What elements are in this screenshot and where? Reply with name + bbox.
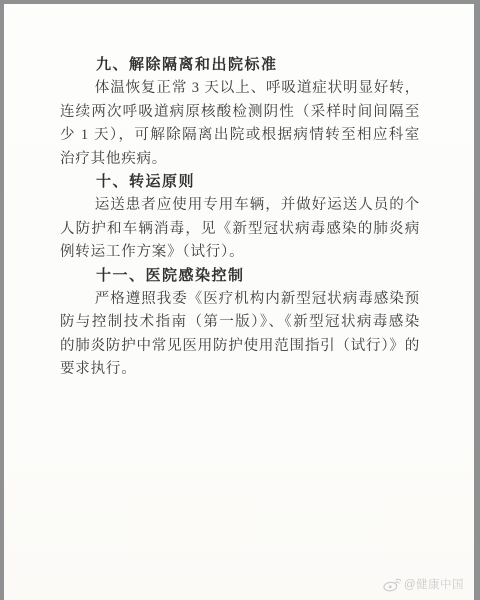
photo-backing-frame: 九、解除隔离和出院标准 体温恢复正常 3 天以上、呼吸道症状明显好转，连续两次呼…	[0, 0, 480, 600]
watermark-handle: @健康中国	[404, 576, 464, 592]
document-page: 九、解除隔离和出院标准 体温恢复正常 3 天以上、呼吸道症状明显好转，连续两次呼…	[4, 4, 474, 600]
document-content: 九、解除隔离和出院标准 体温恢复正常 3 天以上、呼吸道症状明显好转，连续两次呼…	[60, 54, 420, 382]
section-paragraph: 体温恢复正常 3 天以上、呼吸道症状明显好转，连续两次呼吸道病原核酸检测阴性（采…	[60, 77, 420, 171]
section-transfer-principles: 十、转运原则 运送患者应使用专用车辆，并做好运送人员的个人防护和车辆消毒，见《新…	[60, 171, 420, 265]
section-release-criteria: 九、解除隔离和出院标准 体温恢复正常 3 天以上、呼吸道症状明显好转，连续两次呼…	[60, 54, 420, 171]
weibo-icon	[383, 577, 401, 592]
section-paragraph: 严格遵照我委《医疗机构内新型冠状病毒感染预防与控制技术指南（第一版）》、《新型冠…	[60, 288, 420, 382]
section-heading: 九、解除隔离和出院标准	[60, 54, 420, 77]
section-hospital-infection-control: 十一、医院感染控制 严格遵照我委《医疗机构内新型冠状病毒感染预防与控制技术指南（…	[60, 265, 420, 382]
section-heading: 十、转运原则	[60, 171, 420, 194]
section-paragraph: 运送患者应使用专用车辆，并做好运送人员的个人防护和车辆消毒，见《新型冠状病毒感染…	[60, 194, 420, 264]
watermark: @健康中国	[383, 576, 464, 592]
section-heading: 十一、医院感染控制	[60, 265, 420, 288]
